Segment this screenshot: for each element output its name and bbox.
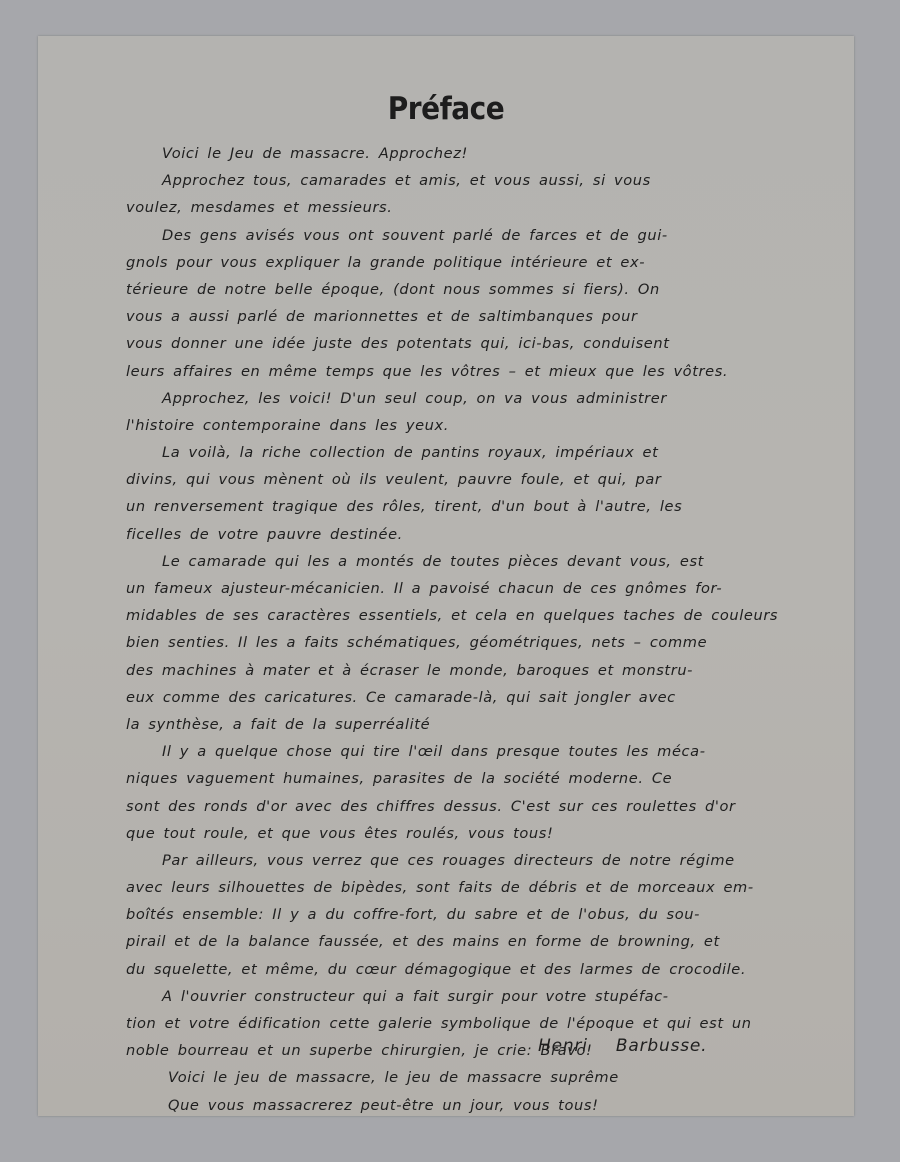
author-signature: Henri Barbusse. [538, 1036, 707, 1056]
text-line: eux comme des caricatures. Ce camarade-l… [126, 684, 776, 711]
text-line: Que vous massacrerez peut-être un jour, … [126, 1092, 776, 1119]
text-line: Voici le Jeu de massacre. Approchez! [126, 140, 776, 167]
document-page: Préface Voici le Jeu de massacre. Approc… [38, 36, 854, 1116]
text-line: tion et votre édification cette galerie … [126, 1010, 776, 1037]
text-line: la synthèse, a fait de la superréalité [126, 711, 776, 738]
text-line: avec leurs silhouettes de bipèdes, sont … [126, 874, 776, 901]
text-line: Le camarade qui les a montés de toutes p… [126, 548, 776, 575]
text-line: A l'ouvrier constructeur qui a fait surg… [126, 983, 776, 1010]
text-line: du squelette, et même, du cœur démagogiq… [126, 956, 776, 983]
text-line: sont des ronds d'or avec des chiffres de… [126, 793, 776, 820]
text-line: divins, qui vous mènent où ils veulent, … [126, 466, 776, 493]
text-line: Voici le jeu de massacre, le jeu de mass… [126, 1064, 776, 1091]
text-line: niques vaguement humaines, parasites de … [126, 765, 776, 792]
text-line: des machines à mater et à écraser le mon… [126, 657, 776, 684]
handwritten-preface-body: Voici le Jeu de massacre. Approchez!Appr… [126, 140, 776, 1119]
text-line: voulez, mesdames et messieurs. [126, 194, 776, 221]
text-line: vous donner une idée juste des potentats… [126, 330, 776, 357]
text-line: Il y a quelque chose qui tire l'œil dans… [126, 738, 776, 765]
text-line: leurs affaires en même temps que les vôt… [126, 358, 776, 385]
text-line: Approchez, les voici! D'un seul coup, on… [126, 385, 776, 412]
text-line: bien senties. Il les a faits schématique… [126, 629, 776, 656]
text-line: l'histoire contemporaine dans les yeux. [126, 412, 776, 439]
text-line: Des gens avisés vous ont souvent parlé d… [126, 222, 776, 249]
text-line: térieure de notre belle époque, (dont no… [126, 276, 776, 303]
page-title: Préface [38, 90, 854, 127]
text-line: La voilà, la riche collection de pantins… [126, 439, 776, 466]
text-line: ficelles de votre pauvre destinée. [126, 521, 776, 548]
text-line: gnols pour vous expliquer la grande poli… [126, 249, 776, 276]
text-line: midables de ses caractères essentiels, e… [126, 602, 776, 629]
text-line: Approchez tous, camarades et amis, et vo… [126, 167, 776, 194]
text-line: boîtés ensemble: Il y a du coffre-fort, … [126, 901, 776, 928]
text-line: que tout roule, et que vous êtes roulés,… [126, 820, 776, 847]
text-line: vous a aussi parlé de marionnettes et de… [126, 303, 776, 330]
text-line: Par ailleurs, vous verrez que ces rouage… [126, 847, 776, 874]
text-line: pirail et de la balance faussée, et des … [126, 928, 776, 955]
text-line: un fameux ajusteur-mécanicien. Il a pavo… [126, 575, 776, 602]
text-line: un renversement tragique des rôles, tire… [126, 493, 776, 520]
